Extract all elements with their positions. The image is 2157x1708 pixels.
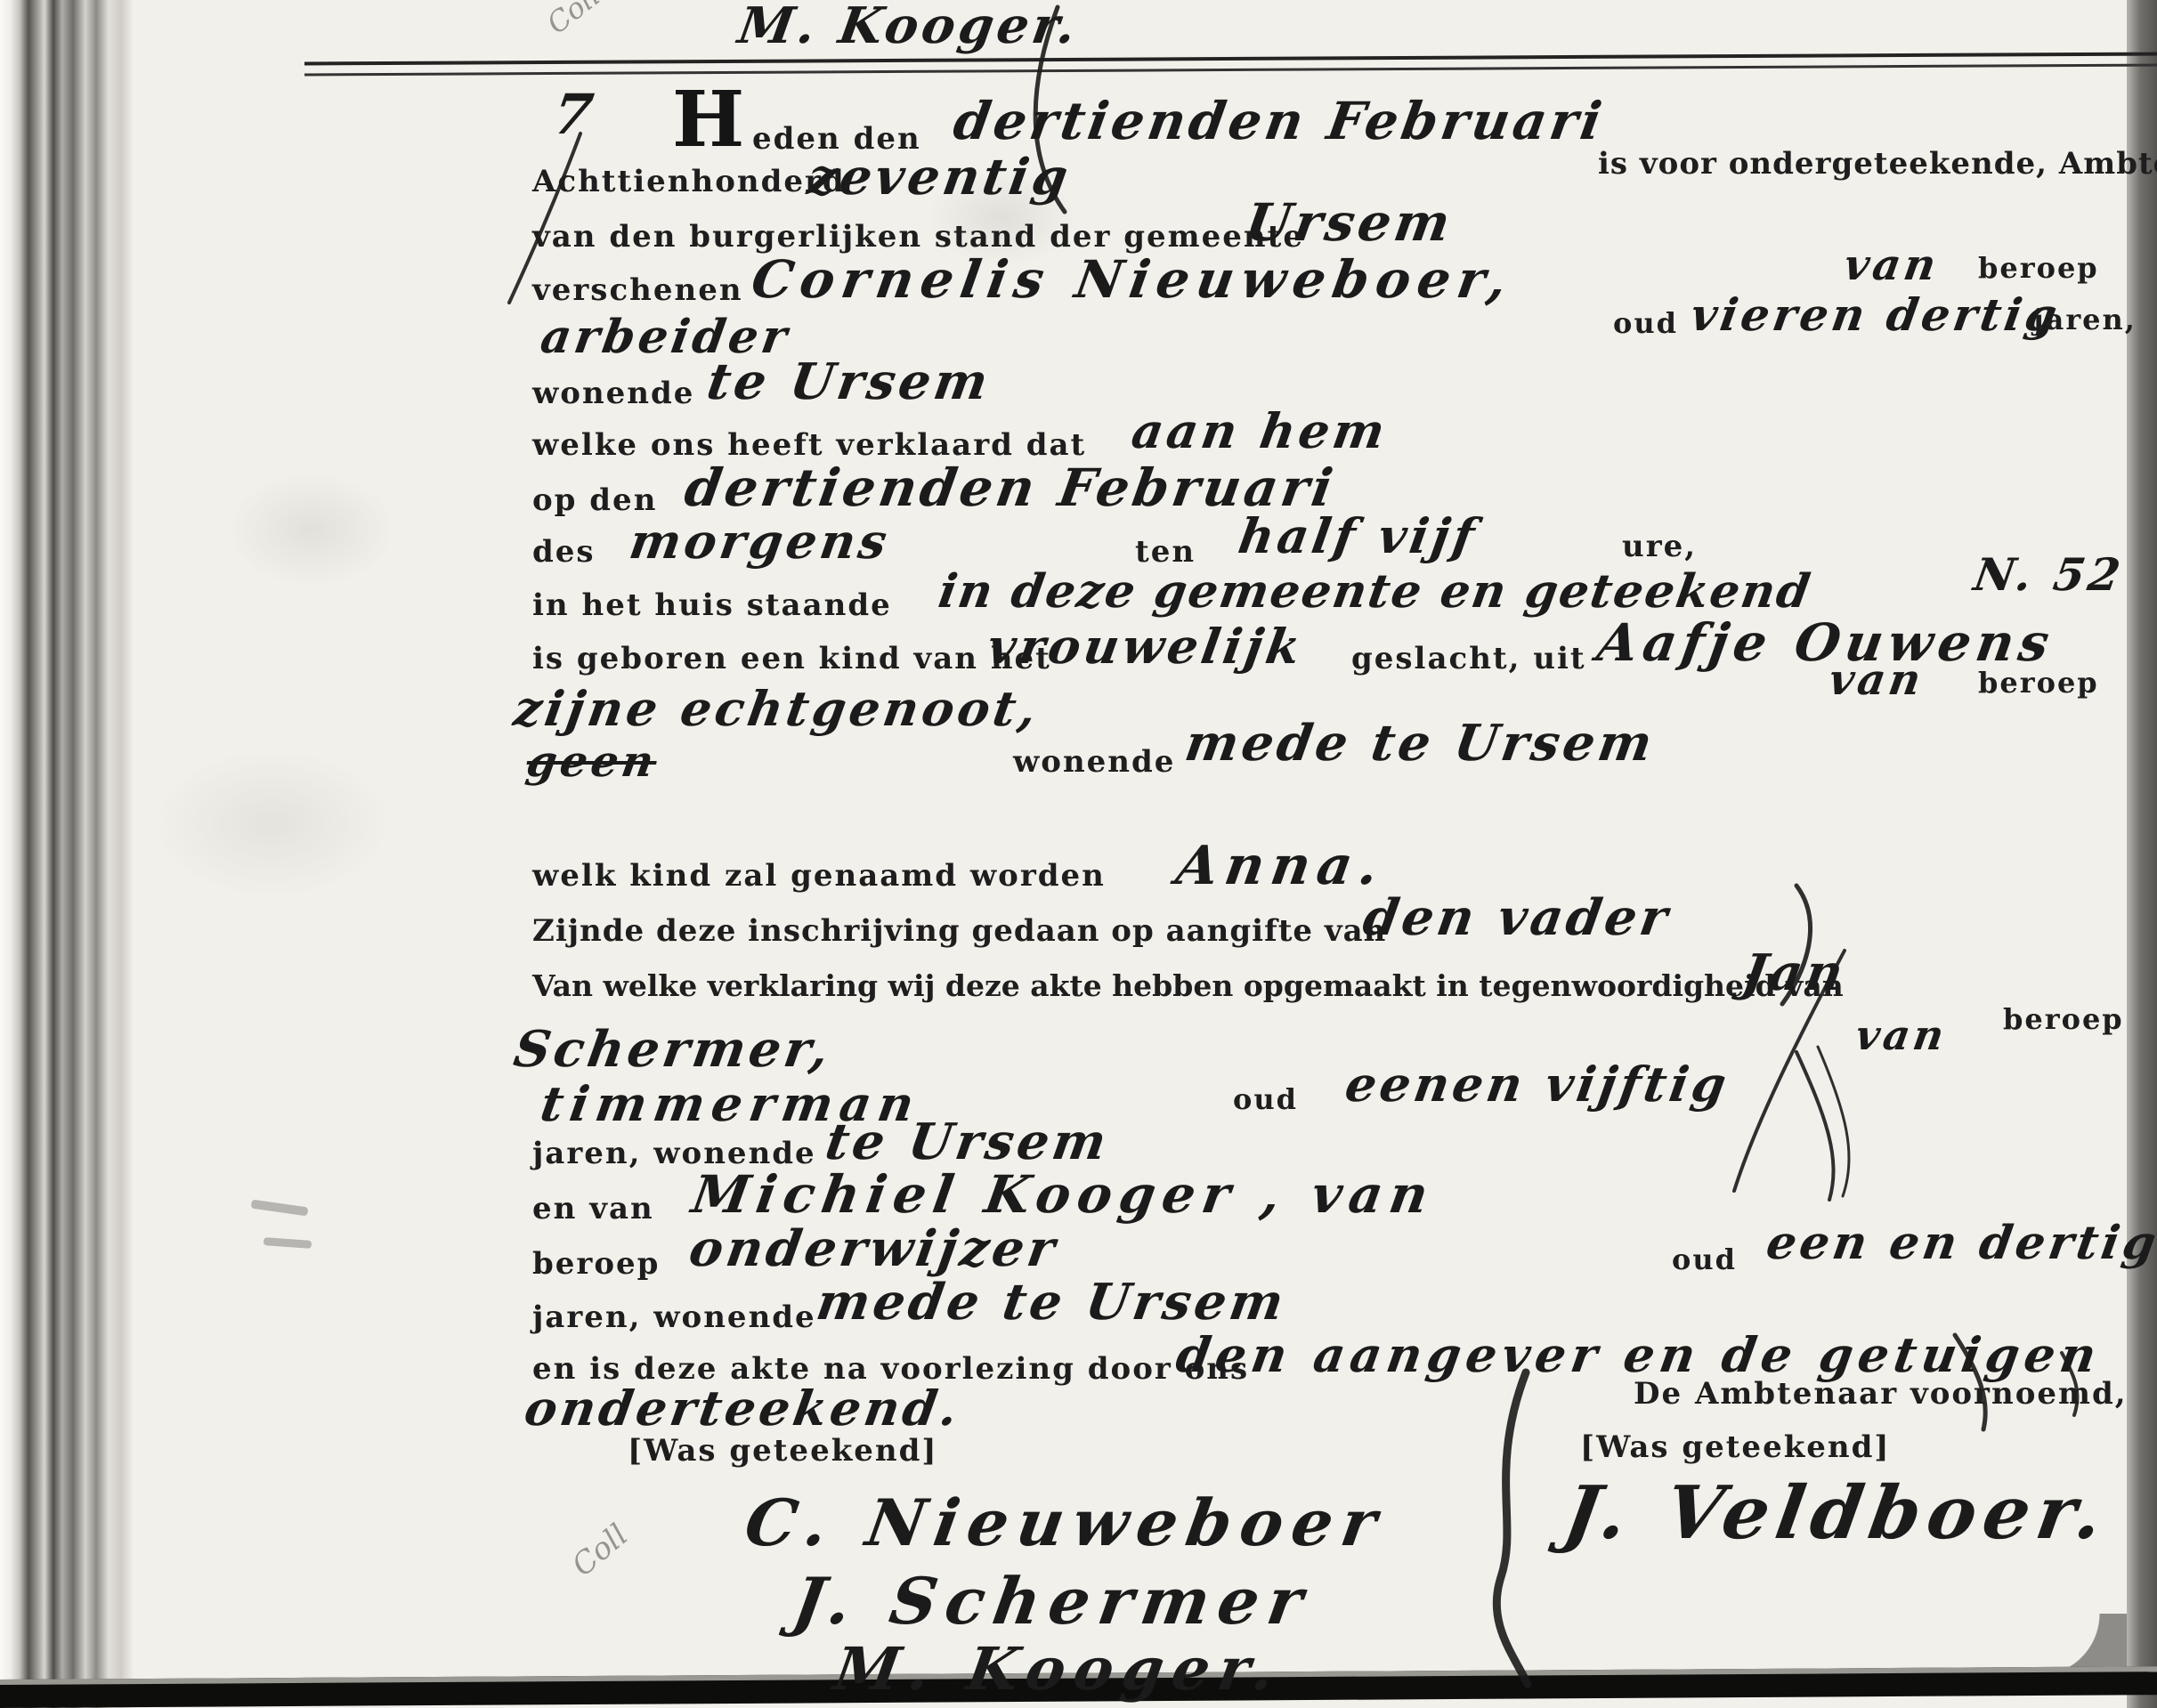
closing-entry: den aangever en de getuigen <box>1172 1326 2105 1383</box>
beroep-label-4: beroep <box>532 1246 660 1282</box>
van-entry-1: van <box>1841 240 1943 290</box>
header-signature: M. Kooger. <box>734 0 1083 55</box>
official-title-label: De Ambtenaar voornoemd, <box>1634 1376 2128 1412</box>
signature-witness2: M. Kooger. <box>830 1634 1288 1704</box>
jaren-label-1: jaren, <box>2033 303 2137 336</box>
year-entry: zeventig <box>804 148 1075 206</box>
van-entry-3: van <box>1853 1011 1951 1059</box>
collation-note-bottom: Coll <box>565 1518 635 1584</box>
mother-profession-entry: geen <box>523 737 661 787</box>
witness1-last-name-entry: Schermer, <box>510 1020 837 1079</box>
wonende-label-2: wonende <box>1013 744 1175 780</box>
child-name-entry: Anna. <box>1172 835 1390 897</box>
time-of-day-entry: morgens <box>626 513 895 570</box>
official-intro-label: is voor ondergeteekende, Ambtenaar <box>1598 146 2157 182</box>
appeared-label: verschenen <box>532 272 743 308</box>
oud-label-3: oud <box>1672 1243 1737 1276</box>
birth-time-entry: half vijf <box>1235 507 1482 564</box>
paper-smudge <box>227 472 396 587</box>
mother-residence-entry: mede te Ursem <box>1181 714 1659 773</box>
wonende-label-1: wonende <box>532 376 694 411</box>
beroep-label-2: beroep <box>1978 666 2099 700</box>
book-binding-edge <box>0 0 134 1708</box>
declaration-entry: aan hem <box>1128 402 1392 459</box>
beroep-label-3: beroep <box>2003 1002 2124 1036</box>
header-double-rule <box>304 53 2157 77</box>
closing-entry-2: onderteekend. <box>521 1380 965 1437</box>
oud-label-2: oud <box>1233 1082 1298 1116</box>
year-label: Achttienhonderd <box>532 164 846 199</box>
witness1-residence-entry: te Ursem <box>822 1113 1114 1171</box>
paper-smudge <box>151 748 392 899</box>
witness1-first-name-entry: Jan <box>1739 943 1851 1002</box>
signature-witness1: J. Schermer <box>788 1563 1317 1639</box>
child-gender-entry: vrouwelijk <box>984 618 1308 675</box>
van-entry-2: van <box>1826 655 1928 705</box>
was-geteekend-left: [Was geteekend] <box>628 1433 937 1469</box>
child-name-label: welk kind zal genaamd worden <box>532 858 1106 894</box>
oud-label-1: oud <box>1613 306 1678 340</box>
pencil-mark <box>264 1237 312 1249</box>
drop-cap-H: H <box>672 82 744 158</box>
jaren-wonende-label-2: jaren, wonende <box>532 1299 816 1335</box>
document-scan-page: Coll M. Kooger. 7 H eden den dertienden … <box>0 0 2157 1708</box>
house-number-entry: N. 52 <box>1970 548 2127 601</box>
en-van-label: en van <box>532 1191 654 1226</box>
was-geteekend-right: [Was geteekend] <box>1580 1429 1890 1465</box>
signature-official: J. Veldboer. <box>1558 1470 2115 1556</box>
act-date-entry: dertienden Februari <box>950 91 1610 151</box>
collation-note-top: Coll <box>540 0 606 41</box>
witnesses-label: Van welke verklaring wij deze akte hebbe… <box>532 968 1844 1003</box>
birth-date-entry: dertienden Februari <box>681 457 1341 518</box>
witness2-name-entry: Michiel Kooger , van <box>688 1164 1439 1225</box>
spouse-entry: zijne echtgenoot, <box>510 680 1044 737</box>
witness2-profession-entry: onderwijzer <box>685 1219 1062 1278</box>
born-label: is geboren een kind van het <box>532 641 1051 676</box>
ure-label: ure, <box>1622 529 1697 564</box>
beroep-label-1: beroep <box>1978 251 2099 285</box>
registration-label: Zijnde deze inschrijving gedaan op aangi… <box>532 913 1386 949</box>
declarant-residence-entry: te Ursem <box>703 352 995 411</box>
witness2-residence-entry: mede te Ursem <box>813 1273 1291 1332</box>
signature-declarant: C. Nieuweboer <box>740 1485 1391 1560</box>
declarant-name-entry: Cornelis Nieuweboer, <box>748 249 1519 310</box>
act-number: 7 <box>548 82 601 147</box>
scan-right-edge <box>2127 0 2157 1708</box>
geslacht-label: geslacht, uit <box>1351 641 1586 676</box>
declarant-age-entry: vieren dertig <box>1687 288 2064 341</box>
municipality-entry: Ursem <box>1242 192 1458 253</box>
mother-name-entry: Aafje Ouwens <box>1593 612 2059 673</box>
house-entry: in deze gemeente en geteekend <box>935 564 1815 619</box>
witness1-age-entry: eenen vijftig <box>1342 1056 1733 1113</box>
registration-by-entry: den vader <box>1359 888 1675 947</box>
pencil-mark <box>251 1200 309 1217</box>
witness2-age-entry: een en dertig <box>1763 1216 2157 1270</box>
house-label: in het huis staande <box>532 587 892 623</box>
des-label: des <box>532 534 596 570</box>
